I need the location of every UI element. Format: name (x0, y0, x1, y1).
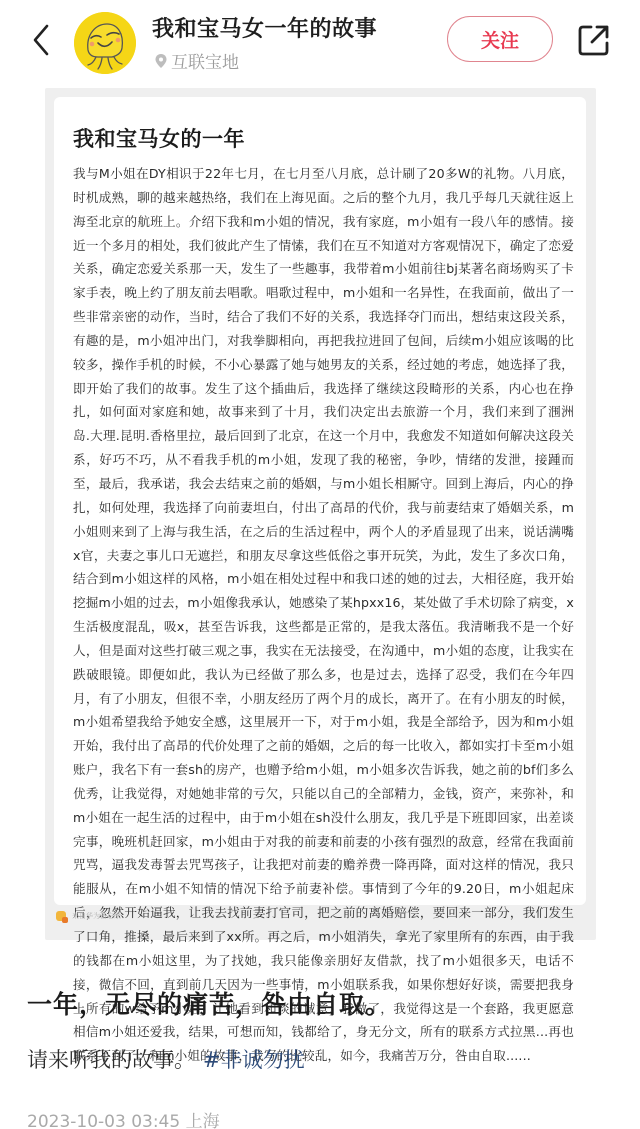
location-tag[interactable]: 互联宝地 (154, 48, 239, 73)
note-screenshot-image[interactable]: 我和宝马女的一年 我与M小姐在DY相识于22年七月，在七月至八月底，总计刷了20… (45, 88, 596, 940)
post-text: 请来听我的故事。#非诚勿扰 (27, 1044, 305, 1074)
note-body: 我与M小姐在DY相识于22年七月，在七月至八月底，总计刷了20多W的礼物。八月底… (73, 162, 574, 1068)
back-button[interactable] (26, 22, 56, 58)
octopus-smiley-icon (74, 12, 136, 74)
top-bar: 我和宝马女一年的故事 互联宝地 关注 (0, 0, 640, 82)
post-timestamp: 2023-10-03 03:45 (27, 1112, 180, 1129)
post-body-text: 请来听我的故事。 (27, 1048, 195, 1072)
share-external-icon (577, 23, 611, 57)
location-pin-icon (154, 53, 168, 69)
chevron-left-icon (32, 24, 50, 56)
ip-location: 上海 (186, 1112, 220, 1129)
post-meta: 2023-10-03 03:45 上海 (27, 1107, 220, 1129)
share-button[interactable] (574, 20, 614, 60)
post-title[interactable]: 我和宝马女一年的故事 (152, 12, 377, 43)
follow-button[interactable]: 关注 (447, 16, 553, 62)
note-source: 来自华为备忘录 (56, 911, 121, 921)
note-title: 我和宝马女的一年 (73, 123, 574, 153)
note-card: 我和宝马女的一年 我与M小姐在DY相识于22年七月，在七月至八月底，总计刷了20… (54, 97, 586, 905)
huawei-notes-icon (56, 911, 66, 921)
hashtag-link[interactable]: #非诚勿扰 (203, 1048, 305, 1072)
location-label: 互联宝地 (171, 48, 239, 73)
note-source-label: 来自华为备忘录 (72, 911, 121, 921)
post-headline: 一年，无尽的痛苦，咎由自取。 (27, 985, 391, 1021)
author-avatar[interactable] (74, 12, 136, 74)
